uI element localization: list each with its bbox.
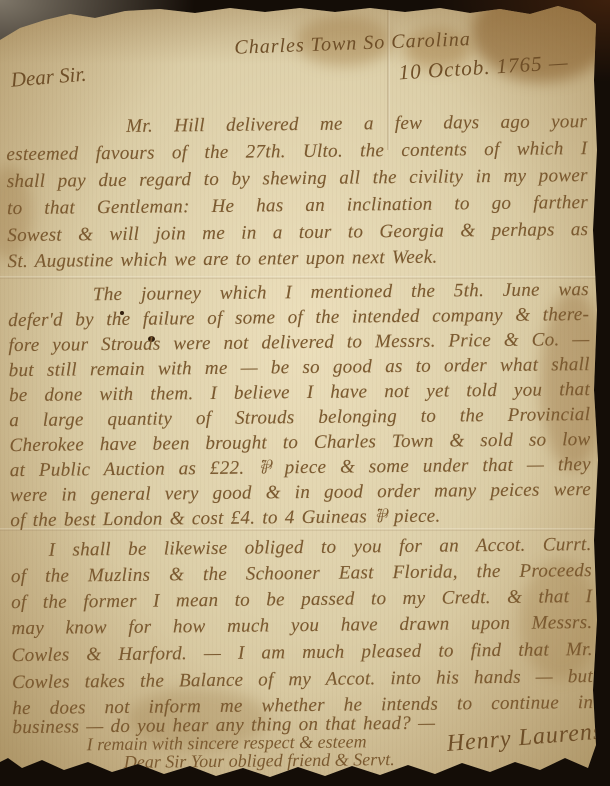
body-line: of the Muzlins & the Schooner East Flori… (11, 559, 592, 589)
letter-text-layer: Charles Town So Carolina 10 Octob. 1765 … (0, 0, 610, 786)
closing-line-2: Dear Sir Your obliged friend & Servt. (124, 749, 395, 773)
body-line: of the former I mean to be passed to my … (11, 585, 592, 615)
body-line: Cowles & Harford. — I am much pleased to… (12, 638, 593, 668)
body-line: to that Gentleman: He has an inclination… (7, 191, 588, 221)
body-line: I shall be likewise obliged to you for a… (11, 533, 592, 563)
body-line: of the best London & cost £4. to 4 Guine… (10, 503, 591, 533)
body-line: St. Augustine which we are to enter upon… (7, 244, 588, 274)
photo-frame: Charles Town So Carolina 10 Octob. 1765 … (0, 0, 610, 786)
salutation: Dear Sir. (10, 62, 88, 93)
heading-date: 10 Octob. 1765 — (398, 50, 569, 86)
body-line: Sowest & will join me in a tour to Georg… (7, 218, 588, 248)
body-line: Cowles takes the Balance of my Accot. in… (12, 665, 593, 695)
body-line: may know for how much you have drawn upo… (11, 611, 592, 641)
letter-paper: Charles Town So Carolina 10 Octob. 1765 … (0, 0, 610, 786)
body-line: Mr. Hill delivered me a few days ago you… (6, 110, 587, 140)
body-line: esteemed favours of the 27th. Ulto. the … (6, 137, 587, 167)
heading-place: Charles Town So Carolina (234, 28, 471, 60)
body-line: shall pay due regard to by shewing all t… (7, 164, 588, 194)
